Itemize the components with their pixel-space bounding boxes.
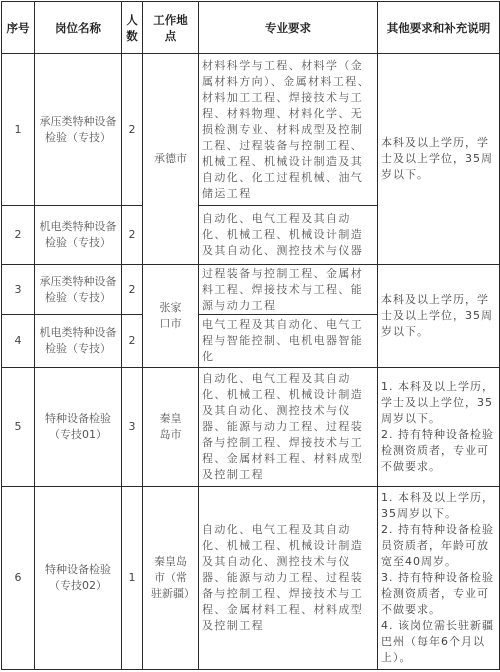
cell-location: 承德市	[143, 54, 199, 265]
cell-other: 1. 本科及以上学历，学士及以上学位，35周岁以下。 2. 持有特种设备检验检测…	[378, 368, 500, 487]
other-requirement: 1. 本科及以上学历，学士及以上学位，35周岁以下。	[381, 379, 496, 427]
other-requirement: 本科及以上学历，学士及以上学位，35周岁以下。	[381, 292, 496, 340]
cell-index: 1	[2, 54, 35, 206]
cell-major: 电气工程及其自动化、电气工程与智能控制、电机电器智能化	[199, 315, 378, 368]
cell-other: 1. 本科及以上学历，35周岁以下。 2. 持有特种设备检验员资质者，年龄可放宽…	[378, 487, 500, 670]
cell-count: 3	[122, 368, 143, 487]
cell-location: 秦皇岛市（常驻新疆）	[143, 487, 199, 670]
cell-major: 过程装备与控制工程、金属材料工程、焊接技术与工程、能源与动力工程	[199, 265, 378, 315]
cell-other: 本科及以上学历，学士及以上学位，35周岁以下。	[378, 54, 500, 265]
cell-count: 2	[122, 54, 143, 206]
other-requirement: 4. 该岗位需长驻新疆巴州（每年6个月以上）。	[381, 618, 496, 666]
cell-position: 机电类特种设备检验（专技）	[35, 315, 122, 368]
cell-count: 2	[122, 315, 143, 368]
cell-index: 4	[2, 315, 35, 368]
cell-count: 2	[122, 265, 143, 315]
other-requirement: 3. 持有特种设备检验检测资质者，专业可不做要求。	[381, 570, 496, 618]
cell-count: 1	[122, 487, 143, 670]
other-requirement: 2. 持有特种设备检验员资质者，年龄可放宽至40周岁。	[381, 522, 496, 570]
cell-count: 2	[122, 206, 143, 265]
header-location: 工作地点	[143, 2, 199, 54]
cell-position: 特种设备检验（专技02）	[35, 487, 122, 670]
table-row: 3 承压类特种设备检验（专技） 2 张家口市 过程装备与控制工程、金属材料工程、…	[2, 265, 500, 315]
cell-position: 承压类特种设备检验（专技）	[35, 265, 122, 315]
table-header-row: 序号 岗位名称 人数 工作地点 专业要求 其他要求和补充说明	[2, 2, 500, 54]
cell-index: 3	[2, 265, 35, 315]
cell-index: 5	[2, 368, 35, 487]
cell-position: 特种设备检验（专技01）	[35, 368, 122, 487]
cell-index: 2	[2, 206, 35, 265]
cell-other: 本科及以上学历，学士及以上学位，35周岁以下。	[378, 265, 500, 368]
cell-position: 机电类特种设备检验（专技）	[35, 206, 122, 265]
cell-major: 材料科学与工程、材料学（金属材料方向）、金属材料工程、材料加工工程、焊接技术与工…	[199, 54, 378, 206]
cell-position: 承压类特种设备检验（专技）	[35, 54, 122, 206]
header-position: 岗位名称	[35, 2, 122, 54]
table-row: 1 承压类特种设备检验（专技） 2 承德市 材料科学与工程、材料学（金属材料方向…	[2, 54, 500, 206]
header-other: 其他要求和补充说明	[378, 2, 500, 54]
header-count: 人数	[122, 2, 143, 54]
cell-index: 6	[2, 487, 35, 670]
job-positions-table: 序号 岗位名称 人数 工作地点 专业要求 其他要求和补充说明 1 承压类特种设备…	[1, 1, 500, 670]
cell-location: 秦皇岛市	[143, 368, 199, 487]
cell-major: 自动化、电气工程及其自动化、机械工程、机械设计制造及其自动化、测控技术与仪器、能…	[199, 487, 378, 670]
other-requirement: 1. 本科及以上学历，35周岁以下。	[381, 490, 496, 522]
table-row: 6 特种设备检验（专技02） 1 秦皇岛市（常驻新疆） 自动化、电气工程及其自动…	[2, 487, 500, 670]
cell-major: 自动化、电气工程及其自动化、机械工程、机械设计制造及其自动化、测控技术与仪器	[199, 206, 378, 265]
cell-major: 自动化、电气工程及其自动化、机械工程、机械设计制造及其自动化、测控技术与仪器、能…	[199, 368, 378, 487]
table-row: 5 特种设备检验（专技01） 3 秦皇岛市 自动化、电气工程及其自动化、机械工程…	[2, 368, 500, 487]
header-index: 序号	[2, 2, 35, 54]
other-requirement: 2. 持有特种设备检验检测资质者，专业可不做要求。	[381, 427, 496, 475]
cell-location: 张家口市	[143, 265, 199, 368]
header-major: 专业要求	[199, 2, 378, 54]
other-requirement: 本科及以上学历，学士及以上学位，35周岁以下。	[381, 135, 496, 183]
